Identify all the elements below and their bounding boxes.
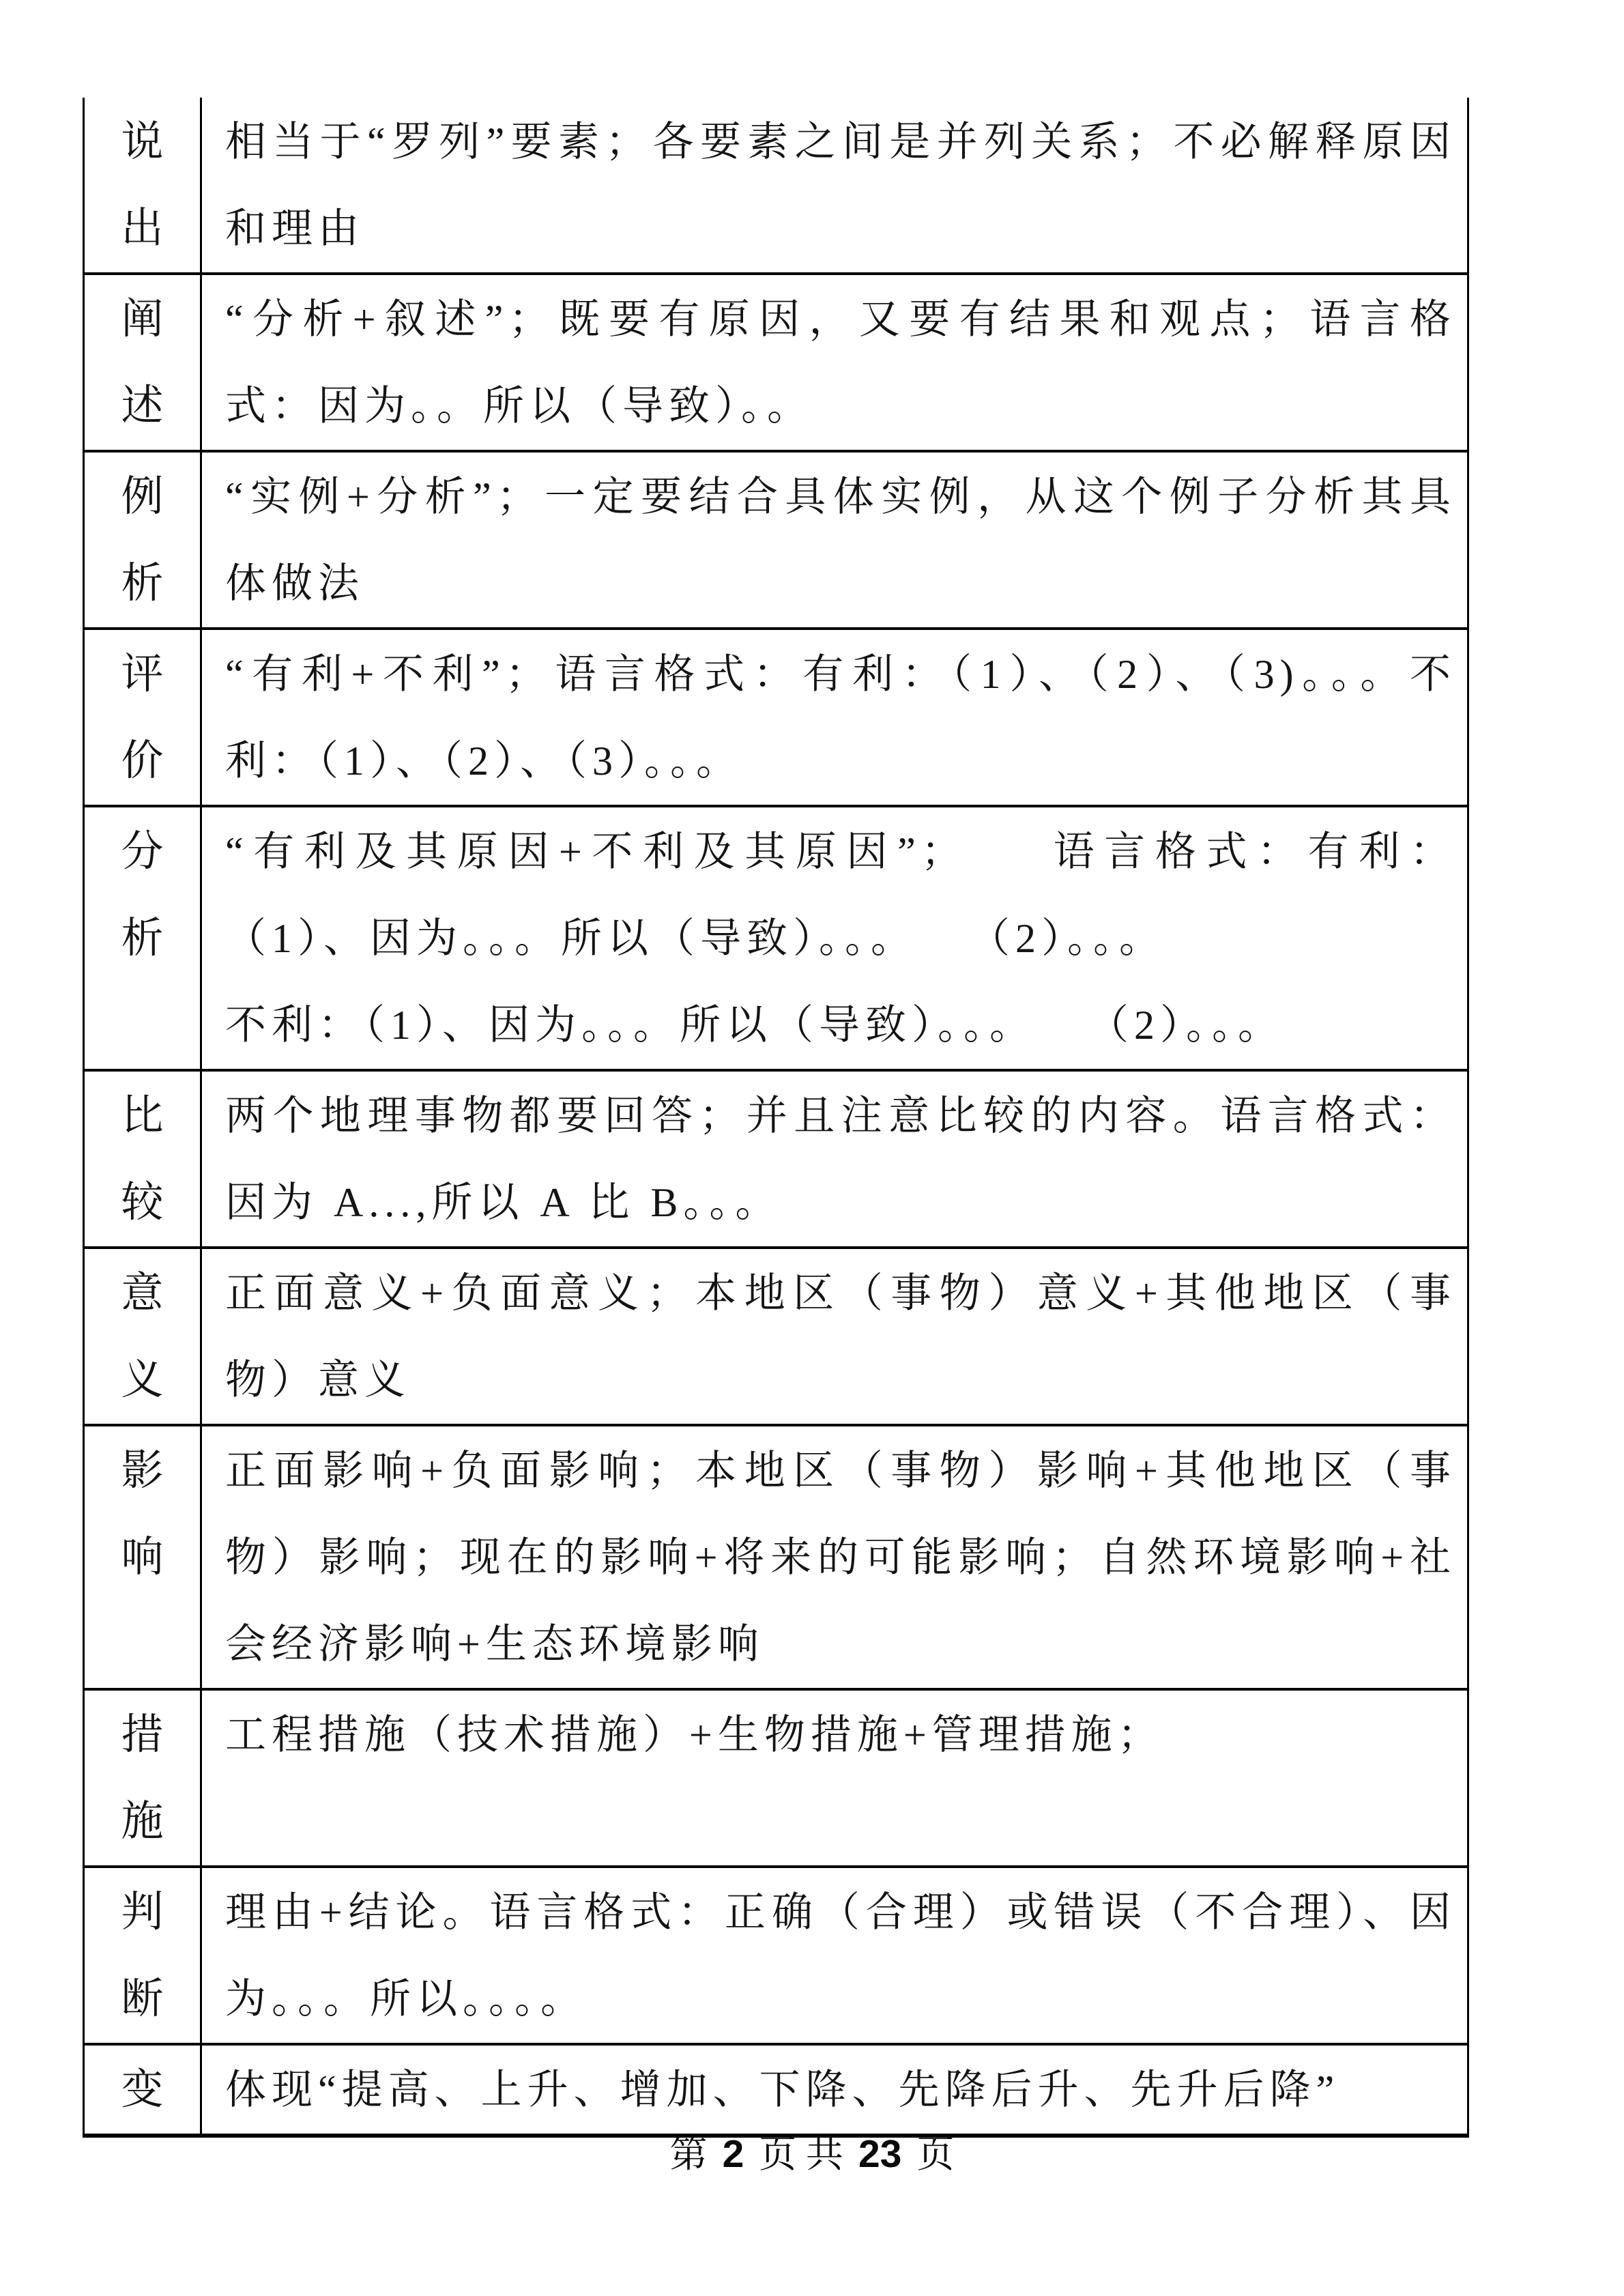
- table-row: 措施工程措施（技术措施）+生物措施+管理措施；: [85, 1691, 1467, 1868]
- term-char: 出: [85, 186, 200, 272]
- term-char: 析: [85, 895, 200, 982]
- term-cell: 评价: [85, 630, 202, 805]
- footer-page-number: 2: [723, 2132, 744, 2177]
- term-char: 较: [85, 1160, 200, 1246]
- term-cell: 变: [85, 2046, 202, 2134]
- term-char: 施: [85, 1779, 200, 1865]
- term-char: 价: [85, 718, 200, 805]
- content-cell: 正面影响+负面影响；本地区（事物）影响+其他地区（事物）影响；现在的影响+将来的…: [202, 1426, 1467, 1688]
- term-char: 述: [85, 363, 200, 450]
- document-page: { "table": { "rows": [ { "term": "说出", "…: [0, 0, 1624, 2296]
- term-cell: 分析: [85, 807, 202, 1069]
- term-char: 比: [85, 1073, 200, 1160]
- table-row: 评价“有利+不利”；语言格式：有利：（1）、（2）、（3)。。。不利：（1）、（…: [85, 630, 1467, 807]
- term-char: 影: [85, 1428, 200, 1515]
- table-row: 例析“实例+分析”；一定要结合具体实例，从这个例子分析其具体做法: [85, 453, 1467, 630]
- content-cell: 工程措施（技术措施）+生物措施+管理措施；: [202, 1691, 1467, 1865]
- paragraph: “有利+不利”；语言格式：有利：（1）、（2）、（3)。。。不利：（1）、（2）…: [225, 631, 1456, 805]
- table-row: 意义正面意义+负面意义；本地区（事物）意义+其他地区（事物）意义: [85, 1249, 1467, 1426]
- term-cell: 影响: [85, 1426, 202, 1688]
- paragraph: 体现“提高、上升、增加、下降、先降后升、先升后降”: [225, 2047, 1456, 2134]
- paragraph: “有利及其原因+不利及其原因”； 语言格式：有利：（1）、因为。。。所以（导致）…: [225, 809, 1456, 982]
- term-char: 措: [85, 1692, 200, 1779]
- paragraph: 正面影响+负面影响；本地区（事物）影响+其他地区（事物）影响；现在的影响+将来的…: [225, 1428, 1456, 1688]
- paragraph: 相当于“罗列”要素；各要素之间是并列关系；不必解释原因和理由: [225, 99, 1456, 272]
- term-cell: 意义: [85, 1249, 202, 1424]
- page-footer: 第 2 页 共 23 页: [0, 2124, 1624, 2178]
- content-cell: 正面意义+负面意义；本地区（事物）意义+其他地区（事物）意义: [202, 1249, 1467, 1424]
- table-row: 说出相当于“罗列”要素；各要素之间是并列关系；不必解释原因和理由: [85, 98, 1467, 275]
- footer-text-middle: 页 共: [759, 2124, 843, 2178]
- content-cell: “有利+不利”；语言格式：有利：（1）、（2）、（3)。。。不利：（1）、（2）…: [202, 630, 1467, 805]
- footer-total-pages: 23: [858, 2132, 901, 2177]
- content-cell: “有利及其原因+不利及其原因”； 语言格式：有利：（1）、因为。。。所以（导致）…: [202, 807, 1467, 1069]
- term-cell: 措施: [85, 1691, 202, 1865]
- table-row: 分析“有利及其原因+不利及其原因”； 语言格式：有利：（1）、因为。。。所以（导…: [85, 807, 1467, 1072]
- paragraph: 工程措施（技术措施）+生物措施+管理措施；: [225, 1692, 1456, 1779]
- content-cell: 两个地理事物都要回答；并且注意比较的内容。语言格式：因为 A...,所以 A 比…: [202, 1072, 1467, 1246]
- term-cell: 判断: [85, 1868, 202, 2043]
- term-cell: 比较: [85, 1072, 202, 1246]
- term-char: 判: [85, 1869, 200, 1956]
- paragraph: 两个地理事物都要回答；并且注意比较的内容。语言格式：因为 A...,所以 A 比…: [225, 1073, 1456, 1246]
- term-cell: 例析: [85, 453, 202, 627]
- table-row: 阐述“分析+叙述”；既要有原因，又要有结果和观点；语言格式：因为。。所以（导致）…: [85, 275, 1467, 453]
- term-char: 例: [85, 454, 200, 541]
- term-char: 意: [85, 1250, 200, 1337]
- term-cell: 说出: [85, 98, 202, 272]
- content-cell: 体现“提高、上升、增加、下降、先降后升、先升后降”: [202, 2046, 1467, 2134]
- term-char: 分: [85, 809, 200, 895]
- content-cell: “分析+叙述”；既要有原因，又要有结果和观点；语言格式：因为。。所以（导致）。。: [202, 275, 1467, 450]
- paragraph: 理由+结论。语言格式：正确（合理）或错误（不合理）、因为。。。所以。。。。: [225, 1869, 1456, 2043]
- paragraph: 正面意义+负面意义；本地区（事物）意义+其他地区（事物）意义: [225, 1250, 1456, 1424]
- content-cell: “实例+分析”；一定要结合具体实例，从这个例子分析其具体做法: [202, 453, 1467, 627]
- term-char: 说: [85, 99, 200, 186]
- content-cell: 理由+结论。语言格式：正确（合理）或错误（不合理）、因为。。。所以。。。。: [202, 1868, 1467, 2043]
- term-char: 断: [85, 1956, 200, 2043]
- table-row: 影响正面影响+负面影响；本地区（事物）影响+其他地区（事物）影响；现在的影响+将…: [85, 1426, 1467, 1691]
- paragraph: 不利：（1）、因为。。。所以（导致）。。。 （2）。。。: [225, 982, 1456, 1069]
- table-row: 变体现“提高、上升、增加、下降、先降后升、先升后降”: [85, 2046, 1467, 2134]
- table-row: 判断理由+结论。语言格式：正确（合理）或错误（不合理）、因为。。。所以。。。。: [85, 1868, 1467, 2046]
- term-char: 变: [85, 2047, 200, 2134]
- term-char: 评: [85, 631, 200, 718]
- term-cell: 阐述: [85, 275, 202, 450]
- term-char: 义: [85, 1337, 200, 1424]
- term-char: 析: [85, 541, 200, 627]
- term-char: 阐: [85, 276, 200, 363]
- term-char: 响: [85, 1515, 200, 1601]
- paragraph: “分析+叙述”；既要有原因，又要有结果和观点；语言格式：因为。。所以（导致）。。: [225, 276, 1456, 450]
- paragraph: “实例+分析”；一定要结合具体实例，从这个例子分析其具体做法: [225, 454, 1456, 627]
- answer-format-table: 说出相当于“罗列”要素；各要素之间是并列关系；不必解释原因和理由阐述“分析+叙述…: [83, 98, 1469, 2138]
- content-cell: 相当于“罗列”要素；各要素之间是并列关系；不必解释原因和理由: [202, 98, 1467, 272]
- table-row: 比较两个地理事物都要回答；并且注意比较的内容。语言格式：因为 A...,所以 A…: [85, 1072, 1467, 1249]
- footer-text-suffix: 页: [916, 2124, 954, 2178]
- footer-text-prefix: 第: [670, 2124, 708, 2178]
